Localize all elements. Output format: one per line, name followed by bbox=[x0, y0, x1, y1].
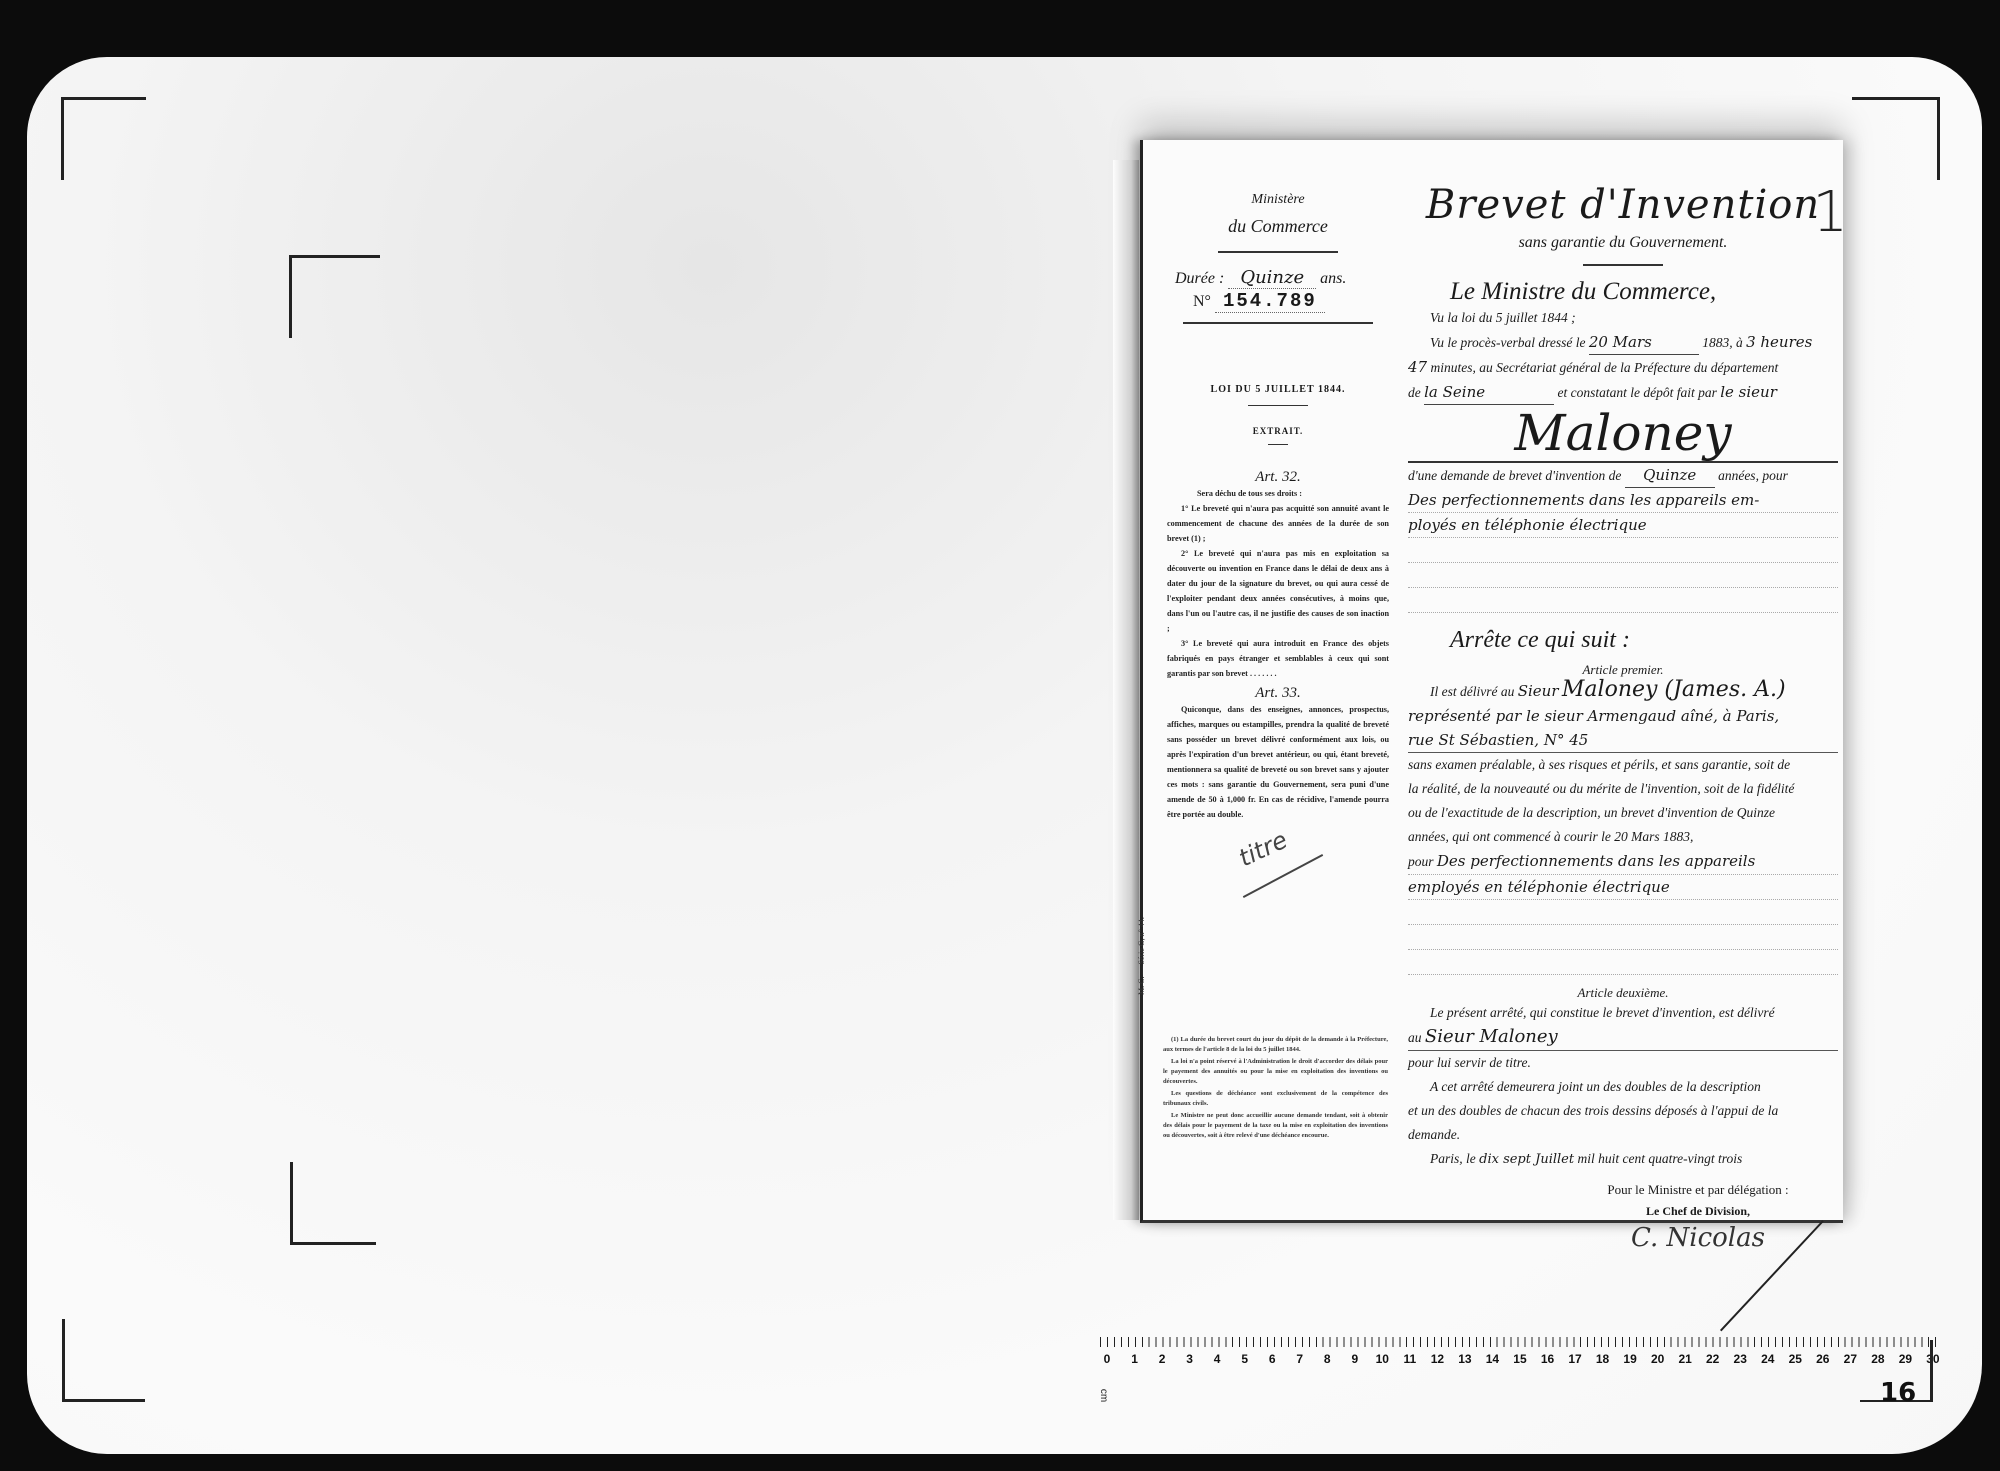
ruler-unit: cm bbox=[1098, 1389, 1109, 1402]
date-prefix: Paris, le bbox=[1430, 1151, 1476, 1166]
deposit-by: le sieur bbox=[1720, 383, 1777, 401]
ruler-label: 1 bbox=[1128, 1352, 1142, 1370]
ruler-label: 12 bbox=[1430, 1352, 1444, 1370]
art1-invention-line-1: pour Des perfectionnements dans les appa… bbox=[1408, 849, 1838, 875]
art2-line-4: A cet arrêté demeurera joint un des doub… bbox=[1408, 1075, 1838, 1099]
ruler-label: 10 bbox=[1375, 1352, 1389, 1370]
applicant-name: Maloney bbox=[1408, 405, 1838, 463]
art1-address: rue St Sébastien, N° 45 bbox=[1408, 728, 1838, 753]
patent-document: Ministère du Commerce Durée : Quinze ans… bbox=[1140, 140, 1843, 1223]
art2-line-5: et un des doubles de chacun des trois de… bbox=[1408, 1099, 1838, 1123]
vu-loi: Vu la loi du 5 juillet 1844 ; bbox=[1408, 306, 1838, 330]
chef-division: Le Chef de Division, bbox=[1408, 1204, 1838, 1219]
ruler-label: 2 bbox=[1155, 1352, 1169, 1370]
blank-ruled-line bbox=[1408, 563, 1838, 588]
art1-invention-1: Des perfectionnements dans les appareils bbox=[1437, 852, 1755, 870]
art2-prefix: au bbox=[1408, 1030, 1422, 1045]
pv-line2: minutes, au Secrétariat général de la Pr… bbox=[1430, 360, 1778, 375]
blank-ruled-line bbox=[1408, 588, 1838, 613]
ministry-line-1: Ministère bbox=[1163, 192, 1393, 208]
date-suffix: mil huit cent quatre-vingt trois bbox=[1577, 1151, 1742, 1166]
patent-number-field: N° 154.789 bbox=[1163, 290, 1393, 312]
ruler-label: 19 bbox=[1623, 1352, 1637, 1370]
art1-pour: pour bbox=[1408, 854, 1434, 869]
crop-mark-top-right bbox=[1852, 97, 1940, 180]
pv-prefix: Vu le procès-verbal dressé le bbox=[1430, 335, 1585, 350]
duration-value: Quinze bbox=[1228, 267, 1316, 289]
ruler-label: 27 bbox=[1843, 1352, 1857, 1370]
ruler-label: 8 bbox=[1320, 1352, 1334, 1370]
art1-body: la réalité, de la nouveauté ou du mérite… bbox=[1408, 777, 1838, 801]
ruler-label: 25 bbox=[1788, 1352, 1802, 1370]
pv-date: 20 Mars bbox=[1589, 330, 1699, 355]
page-number: 1 bbox=[1812, 180, 1848, 245]
invention-line-1: Des perfectionnements dans les appareils… bbox=[1408, 488, 1838, 513]
ruler-label: 3 bbox=[1183, 1352, 1197, 1370]
art2-line-2: au Sieur Maloney bbox=[1408, 1025, 1838, 1051]
art1-deliver-line: Il est délivré au Sieur Maloney (James. … bbox=[1408, 678, 1838, 704]
delegation-line: Pour le Ministre et par délégation : bbox=[1408, 1182, 1838, 1198]
law-title: LOI DU 5 JUILLET 1844. bbox=[1163, 384, 1393, 395]
ruler-label: 11 bbox=[1403, 1352, 1417, 1370]
ruler-label: 23 bbox=[1733, 1352, 1747, 1370]
ruler-label: 14 bbox=[1485, 1352, 1499, 1370]
blank-ruled-line bbox=[1408, 950, 1838, 975]
request-line: d'une demande de brevet d'invention de Q… bbox=[1408, 463, 1838, 488]
extract-label: EXTRAIT. bbox=[1163, 426, 1393, 436]
pv-year: 1883, à bbox=[1702, 335, 1743, 350]
divider-tiny bbox=[1268, 444, 1288, 445]
divider-small bbox=[1248, 405, 1308, 406]
minister-heading: Le Ministre du Commerce, bbox=[1450, 278, 1838, 306]
pv-hour: 3 heures bbox=[1746, 333, 1812, 351]
crop-mark-bottom-left bbox=[62, 1319, 145, 1402]
request-prefix: d'une demande de brevet d'invention de bbox=[1408, 468, 1621, 483]
art2-line-6: demande. bbox=[1408, 1123, 1838, 1147]
blank-ruled-line bbox=[1408, 900, 1838, 925]
left-column: Ministère du Commerce Durée : Quinze ans… bbox=[1163, 180, 1393, 822]
document-title: Brevet d'Invention bbox=[1408, 182, 1838, 228]
article-33-text: Quiconque, dans des enseignes, annonces,… bbox=[1163, 702, 1393, 822]
pv-minutes: 47 bbox=[1408, 358, 1427, 376]
ruler-label: 17 bbox=[1568, 1352, 1582, 1370]
divider bbox=[1183, 322, 1373, 324]
article-1-title: Article premier. bbox=[1408, 662, 1838, 678]
pv-minutes-line: 47 minutes, au Secrétariat général de la… bbox=[1408, 355, 1838, 380]
ruler-label: 18 bbox=[1596, 1352, 1610, 1370]
crop-mark-inner-top-left bbox=[289, 255, 380, 338]
ruler-label: 0 bbox=[1100, 1352, 1114, 1370]
art2-name: Sieur Maloney bbox=[1425, 1026, 1558, 1047]
art1-sieur: Sieur bbox=[1518, 682, 1559, 700]
footnote: La loi n'a point réservé à l'Administrat… bbox=[1163, 1057, 1388, 1087]
art32-para: 1° Le breveté qui n'aura pas acquitté so… bbox=[1167, 501, 1389, 546]
duration-unit: ans. bbox=[1320, 270, 1346, 287]
ruler-label: 6 bbox=[1265, 1352, 1279, 1370]
department-value: la Seine bbox=[1424, 380, 1554, 405]
ornament-rule bbox=[1583, 264, 1663, 266]
ruler-label: 13 bbox=[1458, 1352, 1472, 1370]
ruler-label: 24 bbox=[1761, 1352, 1775, 1370]
article-32-title: Art. 32. bbox=[1163, 469, 1393, 486]
department-line: de la Seine et constatant le dépôt fait … bbox=[1408, 380, 1838, 405]
document-subtitle: sans garantie du Gouvernement. bbox=[1408, 234, 1838, 252]
ruler-label: 5 bbox=[1238, 1352, 1252, 1370]
ruler-label: 20 bbox=[1651, 1352, 1665, 1370]
art2-line-3: pour lui servir de titre. bbox=[1408, 1051, 1838, 1075]
footnote: Le Ministre ne peut donc accueillir aucu… bbox=[1163, 1111, 1388, 1141]
footnotes: (1) La durée du brevet court du jour du … bbox=[1163, 1035, 1388, 1143]
ruler-label: 4 bbox=[1210, 1352, 1224, 1370]
right-column: 1 Brevet d'Invention sans garantie du Go… bbox=[1408, 170, 1838, 1253]
blank-ruled-line bbox=[1408, 925, 1838, 950]
art1-prefix: Il est délivré au bbox=[1430, 684, 1514, 699]
ruler-label: 15 bbox=[1513, 1352, 1527, 1370]
ruler-labels: 0 1 2 3 4 5 6 7 8 9 10 11 12 13 14 15 16… bbox=[1100, 1352, 1940, 1370]
ruler-label: 21 bbox=[1678, 1352, 1692, 1370]
art1-name: Maloney (James. A.) bbox=[1562, 677, 1786, 702]
ministry-line-2: du Commerce bbox=[1163, 216, 1393, 237]
ruler-label: 7 bbox=[1293, 1352, 1307, 1370]
ruler-label: 26 bbox=[1816, 1352, 1830, 1370]
art1-invention-line-2: employés en téléphonie électrique bbox=[1408, 875, 1838, 900]
date-value: dix sept Juillet bbox=[1479, 1152, 1574, 1167]
signature-block: Pour le Ministre et par délégation : Le … bbox=[1408, 1182, 1838, 1253]
article-33-title: Art. 33. bbox=[1163, 685, 1393, 702]
document-spine bbox=[1113, 160, 1139, 1220]
art1-body: années, qui ont commencé à courir le 20 … bbox=[1408, 825, 1838, 849]
art32-para: Sera déchu de tous ses droits : bbox=[1167, 486, 1389, 501]
ruler-label: 9 bbox=[1348, 1352, 1362, 1370]
patent-number: 154.789 bbox=[1215, 290, 1325, 313]
ornament-rule bbox=[1218, 251, 1338, 253]
footnote: (1) La durée du brevet court du jour du … bbox=[1163, 1035, 1388, 1055]
ruler-label: 16 bbox=[1541, 1352, 1555, 1370]
art32-para: 2° Le breveté qui n'aura pas mis en expl… bbox=[1167, 546, 1389, 636]
handwritten-annotation: titre bbox=[1234, 826, 1291, 873]
dept-prefix: de bbox=[1408, 385, 1421, 400]
article-32-text: Sera déchu de tous ses droits : 1° Le br… bbox=[1163, 486, 1393, 681]
art2-line-1: Le présent arrêté, qui constitue le brev… bbox=[1408, 1001, 1838, 1025]
deposit-text: et constatant le dépôt fait par bbox=[1558, 385, 1717, 400]
request-duration: Quinze bbox=[1625, 463, 1715, 488]
folio-number: 16 bbox=[1880, 1378, 1916, 1408]
number-label: N° bbox=[1193, 293, 1211, 310]
request-suffix: années, pour bbox=[1718, 468, 1788, 483]
series-code: M. C. — Série G, n° 44. bbox=[1137, 917, 1146, 995]
vu-proces-verbal: Vu le procès-verbal dressé le 20 Mars 18… bbox=[1408, 330, 1838, 355]
art1-body: ou de l'exactitude de la description, un… bbox=[1408, 801, 1838, 825]
art32-para: 3° Le breveté qui aura introduit en Fran… bbox=[1167, 636, 1389, 681]
ruler-label: 22 bbox=[1706, 1352, 1720, 1370]
duration-label: Durée : bbox=[1175, 270, 1224, 287]
invention-line-2: ployés en téléphonie électrique bbox=[1408, 513, 1838, 538]
art33-para: Quiconque, dans des enseignes, annonces,… bbox=[1167, 702, 1389, 822]
arrete-heading: Arrête ce qui suit : bbox=[1450, 627, 1838, 654]
crop-mark-top-left bbox=[61, 97, 146, 180]
signature: C. Nicolas bbox=[1408, 1223, 1838, 1253]
blank-ruled-line bbox=[1408, 538, 1838, 563]
date-line: Paris, le dix sept Juillet mil huit cent… bbox=[1408, 1147, 1838, 1172]
art1-representative: représenté par le sieur Armengaud aîné, … bbox=[1408, 704, 1838, 728]
art1-body: sans examen préalable, à ses risques et … bbox=[1408, 753, 1838, 777]
footnote: Les questions de déchéance sont exclusiv… bbox=[1163, 1089, 1388, 1109]
duration-field: Durée : Quinze ans. bbox=[1163, 267, 1393, 288]
crop-mark-inner-bottom-left bbox=[290, 1162, 376, 1245]
article-2-title: Article deuxième. bbox=[1408, 985, 1838, 1001]
